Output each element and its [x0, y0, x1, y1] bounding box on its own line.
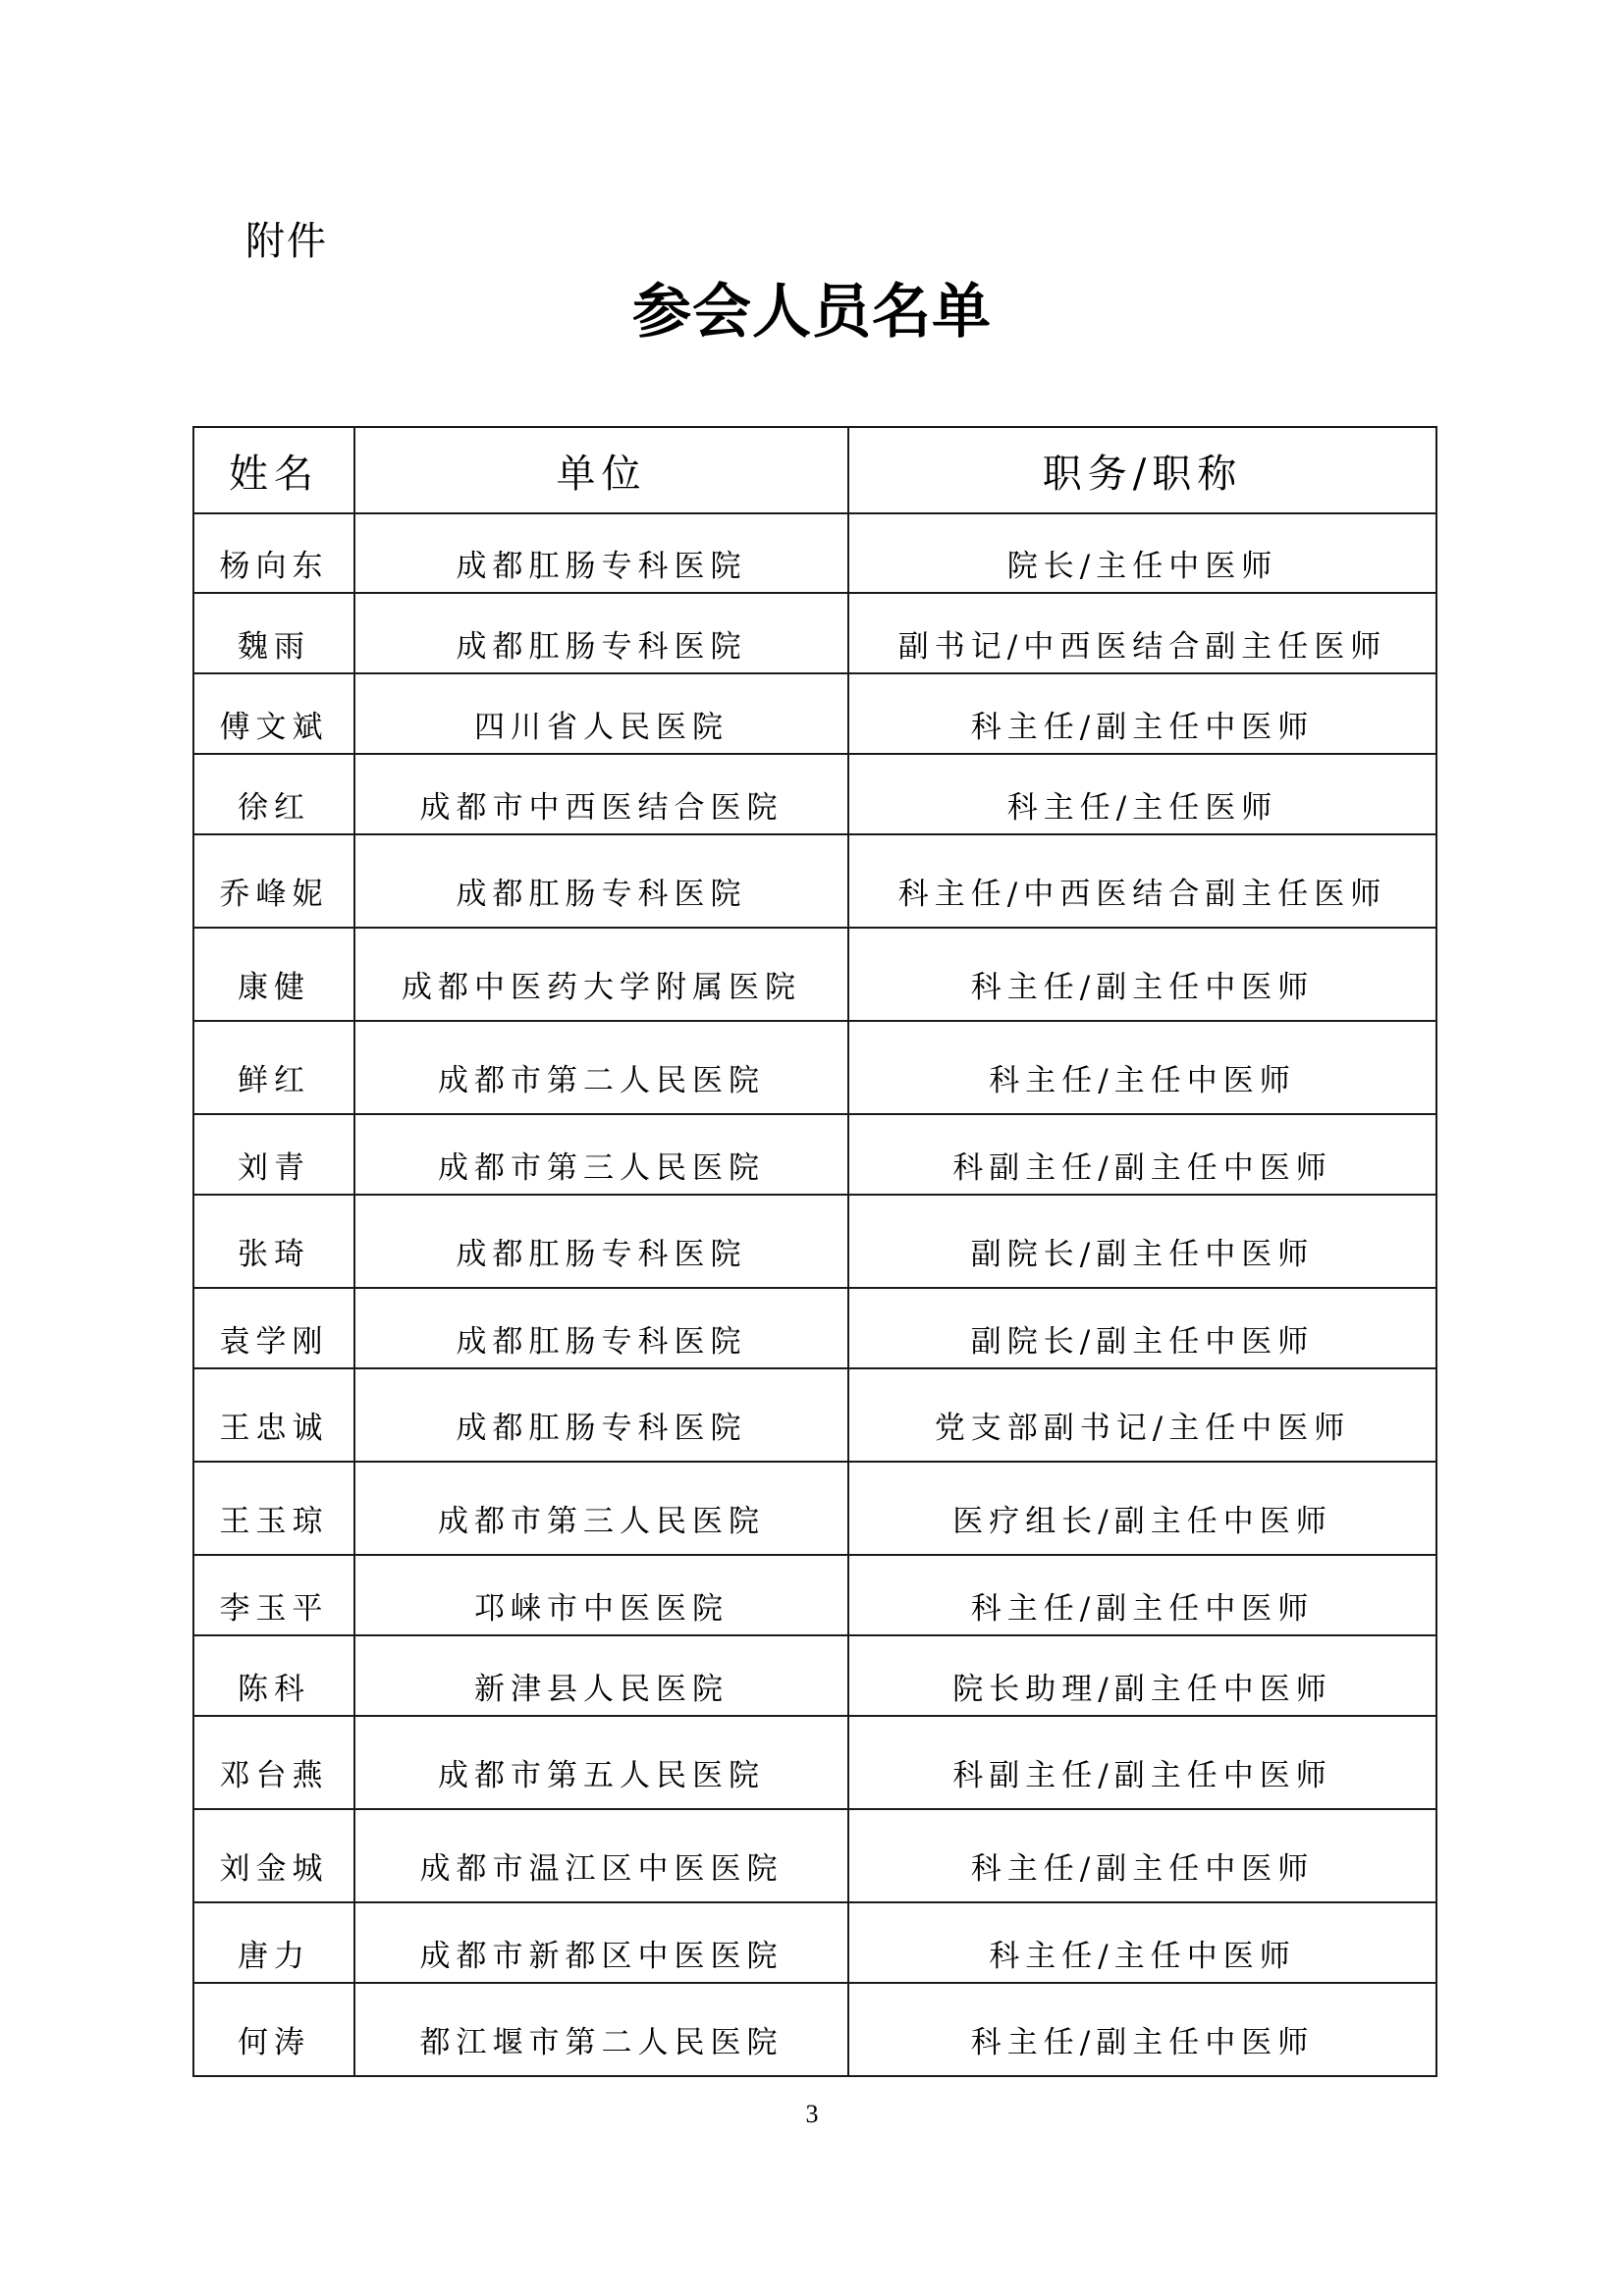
- cell-title: 医疗组长/副主任中医师: [848, 1462, 1436, 1555]
- cell-unit: 成都肛肠专科医院: [354, 513, 848, 593]
- table-row: 徐红成都市中西医结合医院科主任/主任医师: [193, 754, 1436, 834]
- cell-title: 科主任/副主任中医师: [848, 673, 1436, 754]
- table-row: 刘青成都市第三人民医院科副主任/副主任中医师: [193, 1114, 1436, 1195]
- cell-title: 科副主任/副主任中医师: [848, 1716, 1436, 1809]
- cell-unit: 成都市第三人民医院: [354, 1462, 848, 1555]
- table-row: 何涛都江堰市第二人民医院科主任/副主任中医师: [193, 1983, 1436, 2076]
- cell-name: 李玉平: [193, 1555, 354, 1635]
- cell-unit: 成都肛肠专科医院: [354, 1368, 848, 1462]
- table-row: 魏雨成都肛肠专科医院副书记/中西医结合副主任医师: [193, 593, 1436, 673]
- cell-unit: 成都市新都区中医医院: [354, 1902, 848, 1983]
- header-title: 职务/职称: [848, 427, 1436, 513]
- cell-name: 唐力: [193, 1902, 354, 1983]
- page-title: 参会人员名单: [0, 277, 1624, 347]
- cell-name: 杨向东: [193, 513, 354, 593]
- table-row: 乔峰妮成都肛肠专科医院科主任/中西医结合副主任医师: [193, 834, 1436, 928]
- cell-title: 科主任/主任中医师: [848, 1021, 1436, 1114]
- cell-unit: 成都肛肠专科医院: [354, 1195, 848, 1288]
- cell-unit: 成都市中西医结合医院: [354, 754, 848, 834]
- cell-title: 科主任/中西医结合副主任医师: [848, 834, 1436, 928]
- cell-title: 副书记/中西医结合副主任医师: [848, 593, 1436, 673]
- cell-title: 科主任/副主任中医师: [848, 1555, 1436, 1635]
- cell-name: 徐红: [193, 754, 354, 834]
- cell-unit: 成都市第三人民医院: [354, 1114, 848, 1195]
- cell-name: 康健: [193, 928, 354, 1021]
- cell-title: 院长/主任中医师: [848, 513, 1436, 593]
- cell-name: 邓台燕: [193, 1716, 354, 1809]
- table-row: 陈科新津县人民医院院长助理/副主任中医师: [193, 1635, 1436, 1716]
- cell-title: 科主任/主任中医师: [848, 1902, 1436, 1983]
- cell-title: 副院长/副主任中医师: [848, 1195, 1436, 1288]
- cell-name: 刘青: [193, 1114, 354, 1195]
- cell-unit: 成都市第五人民医院: [354, 1716, 848, 1809]
- cell-title: 科主任/副主任中医师: [848, 1809, 1436, 1902]
- table-body: 杨向东成都肛肠专科医院院长/主任中医师魏雨成都肛肠专科医院副书记/中西医结合副主…: [193, 513, 1436, 2076]
- cell-unit: 四川省人民医院: [354, 673, 848, 754]
- table-row: 张琦成都肛肠专科医院副院长/副主任中医师: [193, 1195, 1436, 1288]
- cell-title: 科主任/主任医师: [848, 754, 1436, 834]
- cell-name: 王忠诚: [193, 1368, 354, 1462]
- cell-unit: 新津县人民医院: [354, 1635, 848, 1716]
- header-unit: 单位: [354, 427, 848, 513]
- cell-name: 乔峰妮: [193, 834, 354, 928]
- table-row: 王玉琼成都市第三人民医院医疗组长/副主任中医师: [193, 1462, 1436, 1555]
- cell-name: 王玉琼: [193, 1462, 354, 1555]
- table-header-row: 姓名 单位 职务/职称: [193, 427, 1436, 513]
- table-row: 康健成都中医药大学附属医院科主任/副主任中医师: [193, 928, 1436, 1021]
- cell-name: 魏雨: [193, 593, 354, 673]
- cell-name: 何涛: [193, 1983, 354, 2076]
- table-row: 王忠诚成都肛肠专科医院党支部副书记/主任中医师: [193, 1368, 1436, 1462]
- table-row: 杨向东成都肛肠专科医院院长/主任中医师: [193, 513, 1436, 593]
- cell-name: 张琦: [193, 1195, 354, 1288]
- table-row: 袁学刚成都肛肠专科医院副院长/副主任中医师: [193, 1288, 1436, 1368]
- table-row: 李玉平邛崃市中医医院科主任/副主任中医师: [193, 1555, 1436, 1635]
- cell-unit: 邛崃市中医医院: [354, 1555, 848, 1635]
- cell-name: 刘金城: [193, 1809, 354, 1902]
- table-row: 鲜红成都市第二人民医院科主任/主任中医师: [193, 1021, 1436, 1114]
- cell-unit: 成都肛肠专科医院: [354, 593, 848, 673]
- cell-title: 院长助理/副主任中医师: [848, 1635, 1436, 1716]
- cell-name: 傅文斌: [193, 673, 354, 754]
- cell-title: 科主任/副主任中医师: [848, 1983, 1436, 2076]
- header-name: 姓名: [193, 427, 354, 513]
- page-number: 3: [0, 2099, 1624, 2130]
- table-row: 唐力成都市新都区中医医院科主任/主任中医师: [193, 1902, 1436, 1983]
- cell-unit: 成都市温江区中医医院: [354, 1809, 848, 1902]
- table-row: 邓台燕成都市第五人民医院科副主任/副主任中医师: [193, 1716, 1436, 1809]
- cell-unit: 成都中医药大学附属医院: [354, 928, 848, 1021]
- attendee-table: 姓名 单位 职务/职称 杨向东成都肛肠专科医院院长/主任中医师魏雨成都肛肠专科医…: [192, 426, 1437, 2077]
- cell-name: 陈科: [193, 1635, 354, 1716]
- cell-title: 党支部副书记/主任中医师: [848, 1368, 1436, 1462]
- cell-name: 鲜红: [193, 1021, 354, 1114]
- cell-unit: 成都肛肠专科医院: [354, 1288, 848, 1368]
- attachment-label: 附件: [245, 218, 328, 265]
- cell-unit: 成都肛肠专科医院: [354, 834, 848, 928]
- cell-unit: 都江堰市第二人民医院: [354, 1983, 848, 2076]
- cell-name: 袁学刚: [193, 1288, 354, 1368]
- table-row: 傅文斌四川省人民医院科主任/副主任中医师: [193, 673, 1436, 754]
- cell-title: 科副主任/副主任中医师: [848, 1114, 1436, 1195]
- cell-unit: 成都市第二人民医院: [354, 1021, 848, 1114]
- cell-title: 副院长/副主任中医师: [848, 1288, 1436, 1368]
- cell-title: 科主任/副主任中医师: [848, 928, 1436, 1021]
- table-row: 刘金城成都市温江区中医医院科主任/副主任中医师: [193, 1809, 1436, 1902]
